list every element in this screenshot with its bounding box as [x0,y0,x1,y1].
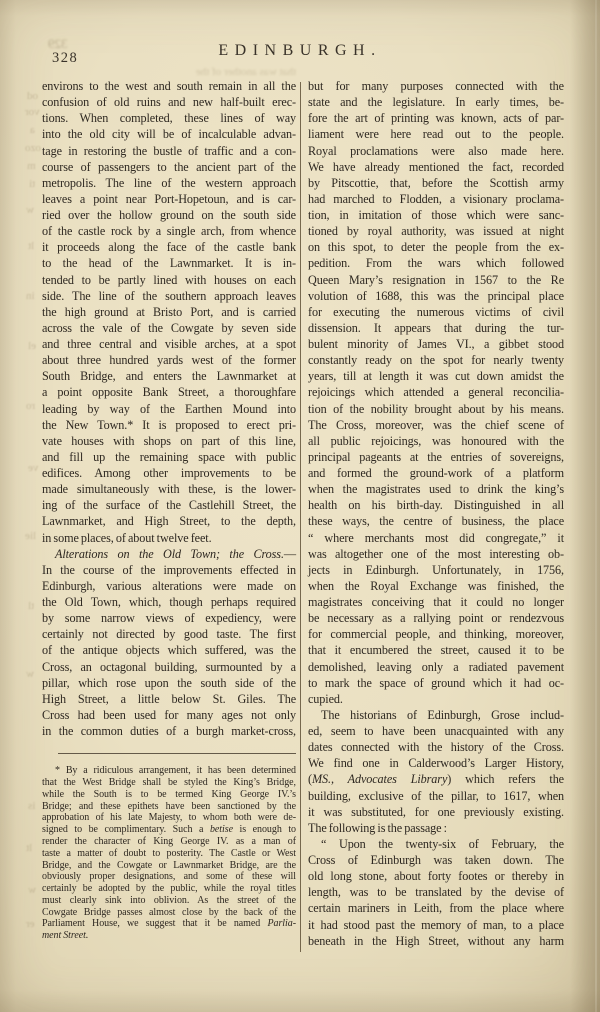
text-line: old long stone, about forty footes or th… [308,868,564,884]
text-line: leaves a point near Port-Hopetoun, and i… [42,191,296,207]
text-line: The historians of Edinburgh, Grose inclu… [308,707,564,723]
text-line: of the antique objects which suffered, w… [42,642,296,658]
text-line: approbation of his late Majesty, to whom… [42,812,296,824]
text-line: ment Street. [42,930,296,942]
text-line: Cross had been used for many ages not on… [42,707,296,723]
text-line: obviously proper designations, and some … [42,871,296,883]
text-line: about three hundred yards west of the fo… [42,352,296,368]
text-line: pillar, which rose upon the south side o… [42,675,296,691]
bleed-through-mark: er [26,918,35,930]
text-line: that the West Bridge shall be styled the… [42,777,296,789]
bleed-through-mark: is [28,800,35,812]
bleed-through-mark: el [28,340,36,352]
text-line: Cross, an octagonal building, surmounted… [42,659,296,675]
column-divider-rule [300,82,301,952]
text-line: length, was to be translated by the devi… [308,884,564,900]
text-line: * By a ridiculous arrangement, it has be… [42,765,296,777]
text-line: South Bridge, and enters the Lawnmarket … [42,368,296,384]
bleed-through-mark: m [27,160,36,172]
bleed-through-mark: w [26,204,34,216]
text-line: tended to be partly lined with houses on… [42,272,296,288]
text-line: health on his birth-day. Distinguished i… [308,497,564,513]
text-line: to the head of the Lawnmarket. It is in- [42,255,296,271]
text-line: tion, in imitation of those which were s… [308,207,564,223]
text-line: Cowgate Bridge passes almost close by th… [42,907,296,919]
text-line: in the common duties of a burgh market-c… [42,723,296,739]
text-line: We find one in Calderwood’s Larger Histo… [308,755,564,771]
text-line: the high ground at Bristo Port, and is c… [42,304,296,320]
text-line: ed, seem to have been unacquainted with … [308,723,564,739]
page-number: 328 [52,50,78,67]
text-line: In the course of the improvements effect… [42,562,296,578]
text-line: state and the legislature. In early time… [308,94,564,110]
bleed-through-mark: tl [28,600,34,612]
text-line: dissension. It appears that during the t… [308,320,564,336]
text-line: by Pitscottie, that, before the Scottish… [308,175,564,191]
bleed-through-mark: w [26,668,34,680]
text-line: Bridge; and these epithets have been san… [42,801,296,813]
page-title: EDINBURGH. [218,42,381,59]
text-line: magistrates conceiving that it could no … [308,594,564,610]
text-line: by some narrow views of expediency, were [42,610,296,626]
bleed-through-mark: ti [29,178,35,190]
text-line: tioned by royal authority, was issued at… [308,223,564,239]
text-line: when the Royal Exchange was finished, th… [308,578,564,594]
bleed-through-mark: in [26,290,35,302]
text-line: for commercial people, and thinking, mor… [308,626,564,642]
text-line: was altogether one of the most interesti… [308,546,564,562]
text-line: cupied. [308,691,564,707]
page-edge-highlight [595,0,597,1012]
text-line: High Street, a little below St. Giles. T… [42,691,296,707]
text-line: building, exclusive of the pillar, to 16… [308,788,564,804]
text-line: and three central and visible arches, at… [42,336,296,352]
bleed-through-mark: ro [26,400,35,412]
text-line: on this spot, to deter the people from t… [308,239,564,255]
text-line: The Cross, moreover, was the chief scene… [308,417,564,433]
text-line: Cross of Edinburgh was taken down. The [308,852,564,868]
text-line: but for many purposes connected with the [308,78,564,94]
text-line: it had stood past the memory of man, to … [308,917,564,933]
text-line: fore the art of printing was known, acts… [308,110,564,126]
footnote: * By a ridiculous arrangement, it has be… [42,765,296,942]
text-line: made simultaneously with these, is the l… [42,481,296,497]
text-line: these ways, the centre of business, the … [308,513,564,529]
text-line: be necessary as a rallying point or rend… [308,610,564,626]
text-line: “ Upon the twenty-six of February, the [308,836,564,852]
text-line: confusion of old ruins and new half-buil… [42,94,296,110]
bleed-through-mark: lt [26,842,32,854]
text-line: across the vale of the Cowgate by seven … [42,320,296,336]
text-line: certainly be adopted by the public, whil… [42,883,296,895]
text-line: Bridge, and the Cowgate or Lawnmarket Br… [42,860,296,872]
text-line: it proceeds along the face of the castle… [42,239,296,255]
text-line: beneath in the High Street, without any … [308,933,564,949]
bleed-through-mark: ozo [25,142,41,154]
text-line: tions. When completed, these lines of wa… [42,110,296,126]
right-column-text: but for many purposes connected with the… [308,78,564,949]
text-line: all public rejoicings, was honoured with… [308,433,564,449]
text-line: edifices. Among other improvements to be [42,465,296,481]
text-line: rejoicings which attended a general reco… [308,384,564,400]
text-line: and formed the ground-work of a platform [308,465,564,481]
text-line: We have already mentioned the fact, reco… [308,159,564,175]
text-line: tage in restoring the bustle of traffic … [42,143,296,159]
bleed-through-mark: lt [28,240,34,252]
text-line: of the castle rock by a single arch, fro… [42,223,296,239]
running-header: 328 EDINBURGH. [0,42,600,60]
text-line: Royal proclamations were also made here. [308,143,564,159]
bleed-through-mark: lie [25,530,36,542]
text-line: volution of 1688, this was the principal… [308,288,564,304]
text-line: Parliament House, we suggest that it be … [42,918,296,930]
text-line: Lawnmarket, and High Street, to the dept… [42,513,296,529]
text-line: metropolis. The line of the western appr… [42,175,296,191]
text-line: liament were here read out to the people… [308,126,564,142]
text-line: certain mariners in Leith, from the plac… [308,900,564,916]
bleed-through-mark: ve [28,462,38,474]
text-line: render the character of King George IV. … [42,836,296,848]
text-line: tion of the nobility brought about by hi… [308,401,564,417]
text-line: demolished, leaving only a radiated pave… [308,659,564,675]
text-line: years, till at length it was cut down am… [308,368,564,384]
text-line: to mark the space of ground which it had… [308,675,564,691]
left-column-text: environs to the west and south remain in… [42,78,296,739]
text-line: leading by way of the Earthen Mound into [42,401,296,417]
book-page-scan: odvoraozomtiwltinelrovelietlwisltwer 329… [0,0,600,1012]
text-line: signed to be complimentary. Such a betis… [42,824,296,836]
text-line: certainly not directed by good taste. Th… [42,626,296,642]
bleed-through-mark: w [28,884,36,896]
text-line: “ where merchants most did congregate,” … [308,530,564,546]
text-line: Queen Mary’s resignation in 1567 to the … [308,272,564,288]
footnote-rule [58,753,296,754]
text-line: and fill up the remaining space with pub… [42,449,296,465]
text-line: must clearly sink into oblivion. As the … [42,895,296,907]
text-line: jects in Edinburgh. Unfortunately, in 17… [308,562,564,578]
bleed-through-mark: vor [25,106,40,118]
text-line: that it encumbered the street, caused it… [308,642,564,658]
text-line: taste a matter of doubt to posterity. Th… [42,848,296,860]
text-line: environs to the west and south remain in… [42,78,296,94]
text-line: dates connected with the history of the … [308,739,564,755]
text-line: the Old Town, which, though perhaps requ… [42,594,296,610]
text-line: (MS., Advocates Library) which refers th… [308,771,564,787]
text-line: into the old city will be of incalculabl… [42,126,296,142]
text-line: for executing the numerous victims of ci… [308,304,564,320]
text-line: The following is the passage : [308,820,564,836]
text-line: in some places, of about twelve feet. [42,530,296,546]
text-line: principal pageants at the entries of sov… [308,449,564,465]
text-line: had marched to Flodden, a visionary proc… [308,191,564,207]
text-line: Edinburgh, various alterations were made… [42,578,296,594]
left-column: environs to the west and south remain in… [42,78,296,942]
text-line: while the South is to be termed King Geo… [42,789,296,801]
text-line: vate houses with shops on part of this l… [42,433,296,449]
text-line: Alterations on the Old Town; the Cross.— [42,546,296,562]
text-line: pedition. From the wars which followed [308,255,564,271]
text-line: a point opposite Bank Street, a thorough… [42,384,296,400]
text-line: when the magistrates used to drink the k… [308,481,564,497]
text-line: ing of the surface of the Castlehill Str… [42,497,296,513]
text-line: course of passengers to the ancient part… [42,159,296,175]
ghost-headline-bleed: that was another of the [46,66,296,78]
text-line: bulent minority of James VI., a gibbet s… [308,336,564,352]
bleed-through-mark: a [30,124,35,136]
text-line: ried over the hollow ground on the south… [42,207,296,223]
text-line: side. The line of the southern approach … [42,288,296,304]
bleed-through-mark: od [27,90,38,102]
right-column: but for many purposes connected with the… [308,78,564,949]
text-line: it was substituted, for one previously e… [308,804,564,820]
text-line: the New Town.* It is proposed to erect p… [42,417,296,433]
text-line: constantly ready on the spot for nearly … [308,352,564,368]
